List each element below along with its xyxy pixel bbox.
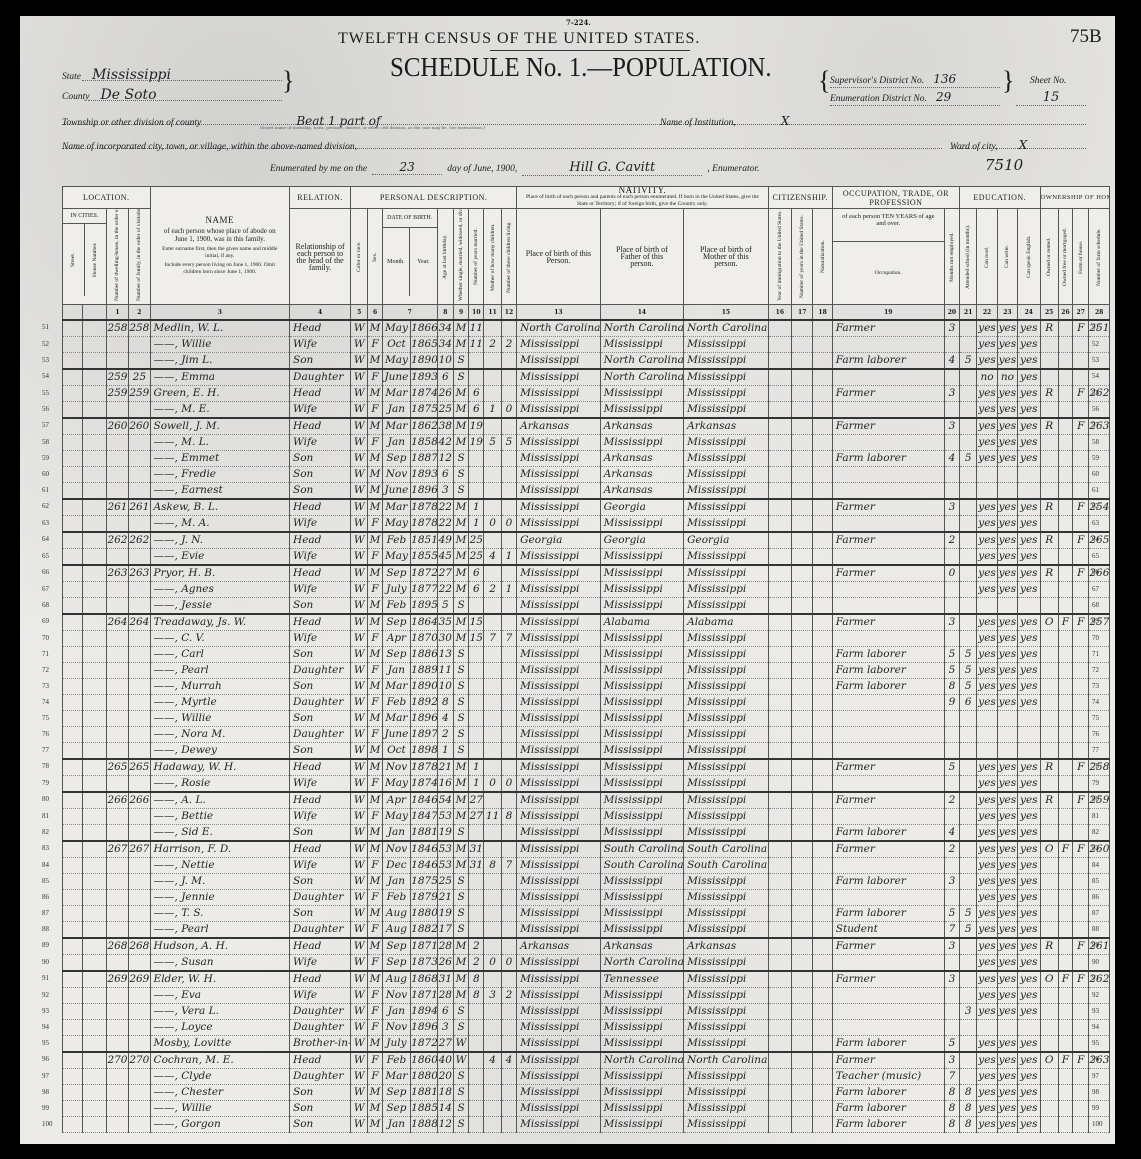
dwelling-number xyxy=(106,1004,128,1020)
immigration-year xyxy=(768,320,791,337)
months-unemployed: 2 xyxy=(944,841,959,858)
can-read: yes xyxy=(977,549,997,566)
section-nativity: NATIVITY. Place of birth of each person … xyxy=(517,187,769,209)
age: 34 xyxy=(437,337,453,353)
dwelling-number xyxy=(106,467,128,483)
birthplace-father: Mississippi xyxy=(600,988,683,1004)
months-unemployed: 5 xyxy=(944,647,959,663)
occupation: Farmer xyxy=(832,971,944,988)
person-name: ——, Bettie xyxy=(150,809,290,825)
occupation xyxy=(832,598,944,615)
street-cell xyxy=(63,1069,83,1085)
immigration-year xyxy=(768,353,791,370)
house-number-cell xyxy=(83,695,106,711)
table-row: ——, SusanWifeWFSep187326M200MississippiN… xyxy=(63,955,1110,972)
enumeration-district-value: 29 xyxy=(932,90,951,104)
person-name: Harrison, F. D. xyxy=(150,841,290,858)
months-unemployed xyxy=(944,711,959,727)
birthplace-mother: Mississippi xyxy=(684,353,769,370)
birthplace-mother: Mississippi xyxy=(684,1036,769,1053)
farm-house-col: Farm or house. xyxy=(1073,209,1089,305)
table-row: ——, RosieWifeWFMay187416M100MississippiM… xyxy=(63,776,1110,793)
line-number: 66 xyxy=(42,568,49,576)
owned-or-rented: R xyxy=(1040,565,1058,582)
house-number-cell xyxy=(83,988,106,1004)
dwelling-number: 261 xyxy=(106,499,128,516)
immigration-year xyxy=(768,711,791,727)
speaks-english: yes xyxy=(1018,499,1040,516)
school-months xyxy=(960,386,977,402)
free-or-mortgaged xyxy=(1058,988,1072,1004)
can-read: yes xyxy=(977,386,997,402)
farm-or-house xyxy=(1073,369,1089,386)
dwelling-number xyxy=(106,1101,128,1117)
mother-of-children: 0 xyxy=(484,516,501,533)
birth-month: Jan xyxy=(382,402,411,419)
birthplace-mother: Mississippi xyxy=(684,549,769,566)
person-name: ——, Willie xyxy=(150,1101,290,1117)
dwelling-number xyxy=(106,402,128,419)
dwelling-number xyxy=(106,549,128,566)
speaks-english: yes xyxy=(1018,922,1040,939)
occupation: Student xyxy=(832,922,944,939)
color-race: W xyxy=(351,1101,368,1117)
dwelling-number xyxy=(106,1020,128,1036)
relation: Wife xyxy=(290,582,351,598)
free-or-mortgaged xyxy=(1058,483,1072,500)
occupation xyxy=(832,809,944,825)
birth-month: Apr xyxy=(382,792,411,809)
birthplace-person: Mississippi xyxy=(517,467,600,483)
relation: Son xyxy=(290,467,351,483)
table-row: ——, GorgonSonWMJan188812SMississippiMiss… xyxy=(63,1117,1110,1133)
color-race: W xyxy=(351,792,368,809)
column-number: 19 xyxy=(832,305,944,321)
occupation: Farm laborer xyxy=(832,1101,944,1117)
occupation: Farm laborer xyxy=(832,1036,944,1053)
family-number xyxy=(129,1004,150,1020)
person-name: ——, Jennie xyxy=(150,890,290,906)
street-cell xyxy=(63,809,83,825)
section-name: NAME of each person whose place of abode… xyxy=(150,187,290,305)
line-number: 81 xyxy=(42,812,49,820)
can-read: yes xyxy=(977,809,997,825)
marital-header: Whether single, married, widowed, or div… xyxy=(458,213,464,301)
owned-or-rented xyxy=(1040,776,1058,793)
occupation: Farm laborer xyxy=(832,1117,944,1133)
county-line xyxy=(88,100,282,101)
speaks-english xyxy=(1018,711,1040,727)
person-name: ——, Dewey xyxy=(150,743,290,760)
can-write: yes xyxy=(997,679,1017,695)
birth-month: Jan xyxy=(382,1004,411,1020)
person-name: Hadaway, W. H. xyxy=(150,759,290,776)
house-number-cell xyxy=(83,631,106,647)
years-married xyxy=(469,1069,484,1085)
speaks-english: yes xyxy=(1018,809,1040,825)
years-married-header: Number of years married. xyxy=(473,213,479,301)
dwelling-number xyxy=(106,435,128,451)
supervisor-label: Supervisor's District No. xyxy=(830,76,924,86)
house-number-cell xyxy=(83,1004,106,1020)
birthplace-father: Arkansas xyxy=(600,483,683,500)
farm-or-house xyxy=(1073,809,1089,825)
mother-of-children xyxy=(484,614,501,631)
sex: M xyxy=(368,418,382,435)
owned-or-rented xyxy=(1040,988,1058,1004)
mother-of-children xyxy=(484,1036,501,1053)
sex: M xyxy=(368,1101,382,1117)
marital-status: W xyxy=(453,1052,468,1069)
years-in-us xyxy=(792,418,813,435)
owned-or-rented xyxy=(1040,825,1058,842)
street-cell xyxy=(63,938,83,955)
farm-or-house xyxy=(1073,631,1089,647)
person-name: ——, Pearl xyxy=(150,663,290,679)
birth-year: 1886 xyxy=(411,647,437,663)
years-married: 1 xyxy=(469,499,484,516)
color-col: Color or race. xyxy=(351,209,368,305)
table-row: 269269Elder, W. H.HeadWMAug186831M8Missi… xyxy=(63,971,1110,988)
marital-status: M xyxy=(453,337,468,353)
line-number: 54 xyxy=(1092,372,1099,380)
owned-or-rented xyxy=(1040,631,1058,647)
free-or-mortgaged xyxy=(1058,1085,1072,1101)
years-in-us xyxy=(792,1117,813,1133)
can-read: yes xyxy=(977,1052,997,1069)
can-read: yes xyxy=(977,1004,997,1020)
color-race: W xyxy=(351,549,368,566)
color-race: W xyxy=(351,743,368,760)
birth-month: June xyxy=(382,483,411,500)
can-write: yes xyxy=(997,614,1017,631)
can-write: yes xyxy=(997,549,1017,566)
section-personal-description: PERSONAL DESCRIPTION. xyxy=(351,187,517,209)
naturalization xyxy=(813,1052,832,1069)
farm-or-house xyxy=(1073,906,1089,922)
farm-or-house xyxy=(1073,467,1089,483)
school-months: 8 xyxy=(960,1117,977,1133)
color-race: W xyxy=(351,467,368,483)
column-number: 27 xyxy=(1073,305,1089,321)
age: 42 xyxy=(437,435,453,451)
color-race: W xyxy=(351,337,368,353)
years-in-us xyxy=(792,647,813,663)
brace: } xyxy=(282,68,294,94)
months-unemployed: 3 xyxy=(944,320,959,337)
birthplace-mother: Mississippi xyxy=(684,809,769,825)
line-number: 60 xyxy=(42,470,49,478)
months-unemployed xyxy=(944,402,959,419)
farm-or-house: F xyxy=(1073,1052,1089,1069)
birthplace-father: Mississippi xyxy=(600,337,683,353)
free-or-mortgaged xyxy=(1058,743,1072,760)
naturalization xyxy=(813,614,832,631)
farm-or-house: F xyxy=(1073,386,1089,402)
farm-or-house xyxy=(1073,955,1089,972)
occupation xyxy=(832,890,944,906)
speaks-english: yes xyxy=(1018,402,1040,419)
can-write: yes xyxy=(997,337,1017,353)
color-race: W xyxy=(351,711,368,727)
color-race: W xyxy=(351,938,368,955)
column-number: 3 xyxy=(150,305,290,321)
line-number: 80 xyxy=(1092,795,1099,803)
family-number xyxy=(129,582,150,598)
dwelling-number xyxy=(106,809,128,825)
birth-year: 1851 xyxy=(411,532,437,549)
mother-of-children xyxy=(484,841,501,858)
family-number: 258 xyxy=(129,320,150,337)
immigration-year xyxy=(768,532,791,549)
free-or-mortgaged xyxy=(1058,1069,1072,1085)
color-race: W xyxy=(351,890,368,906)
months-unemployed: 3 xyxy=(944,938,959,955)
birthplace-person: Mississippi xyxy=(517,1085,600,1101)
sex: F xyxy=(368,516,382,533)
street-cell xyxy=(63,402,83,419)
free-or-mortgaged xyxy=(1058,516,1072,533)
line-number: 86 xyxy=(1092,893,1099,901)
enumerated-suffix: day of June, 1900, xyxy=(447,164,517,174)
table-row: ——, ClydeDaughterWFMar188020SMississippi… xyxy=(63,1069,1110,1085)
marital-status: S xyxy=(453,353,468,370)
years-in-us xyxy=(792,792,813,809)
naturalization-col: Naturalization. xyxy=(813,209,832,305)
farm-or-house xyxy=(1073,776,1089,793)
house-number-cell xyxy=(83,337,106,353)
dwelling-number xyxy=(106,598,128,615)
years-married xyxy=(469,1085,484,1101)
school-months xyxy=(960,890,977,906)
age: 28 xyxy=(437,938,453,955)
marital-status: S xyxy=(453,647,468,663)
birth-year: 1890 xyxy=(411,679,437,695)
school-months xyxy=(960,1036,977,1053)
can-write: yes xyxy=(997,582,1017,598)
age: 8 xyxy=(437,695,453,711)
birthplace-mother: Mississippi xyxy=(684,499,769,516)
birth-month: Mar xyxy=(382,418,411,435)
birthplace-mother: Mississippi xyxy=(684,727,769,743)
speaks-english: yes xyxy=(1018,353,1040,370)
birth-month: July xyxy=(382,1036,411,1053)
sex: M xyxy=(368,565,382,582)
farm-or-house xyxy=(1073,988,1089,1004)
person-name: Green, E. H. xyxy=(150,386,290,402)
birth-year: 1865 xyxy=(411,337,437,353)
street-cell xyxy=(63,435,83,451)
birthplace-person: Mississippi xyxy=(517,743,600,760)
line-number: 64 xyxy=(42,535,49,543)
occupation-description: of each person TEN YEARS of age and over… xyxy=(833,209,944,242)
sex: F xyxy=(368,858,382,874)
age: 20 xyxy=(437,1069,453,1085)
census-rows: 1234567891011121314151617181920212223242… xyxy=(63,305,1110,1133)
age: 6 xyxy=(437,1004,453,1020)
birthplace-person: Mississippi xyxy=(517,499,600,516)
farm-or-house xyxy=(1073,695,1089,711)
family-number xyxy=(129,516,150,533)
occupation xyxy=(832,988,944,1004)
speaks-english: yes xyxy=(1018,582,1040,598)
line-number: 79 xyxy=(42,779,49,787)
township-note: [Insert name of township, town, precinct… xyxy=(260,125,485,130)
family-number xyxy=(129,858,150,874)
sex: M xyxy=(368,679,382,695)
birthplace-person: Mississippi xyxy=(517,565,600,582)
marital-status: M xyxy=(453,614,468,631)
children-living: 7 xyxy=(501,631,516,647)
relation: Head xyxy=(290,532,351,549)
birth-month: May xyxy=(382,549,411,566)
sex: F xyxy=(368,663,382,679)
can-write xyxy=(997,711,1017,727)
house-number-cell xyxy=(83,841,106,858)
column-number: 9 xyxy=(453,305,468,321)
marital-status: S xyxy=(453,727,468,743)
immigration-year xyxy=(768,402,791,419)
birth-month: May xyxy=(382,516,411,533)
mother-of-children xyxy=(484,532,501,549)
months-unemployed: 4 xyxy=(944,353,959,370)
speaks-english: yes xyxy=(1018,792,1040,809)
months-unemployed: 8 xyxy=(944,1117,959,1133)
line-number: 69 xyxy=(42,617,49,625)
age: 3 xyxy=(437,1020,453,1036)
occupation: Farm laborer xyxy=(832,825,944,842)
column-number: 20 xyxy=(944,305,959,321)
can-read: yes xyxy=(977,320,997,337)
occupation: Farmer xyxy=(832,841,944,858)
sheet-number: 15 xyxy=(1043,90,1060,105)
column-number: 2 xyxy=(129,305,150,321)
marital-status: S xyxy=(453,825,468,842)
family-number xyxy=(129,451,150,467)
immigration-year xyxy=(768,809,791,825)
birthplace-father: Mississippi xyxy=(600,809,683,825)
naturalization xyxy=(813,841,832,858)
age: 11 xyxy=(437,663,453,679)
school-months xyxy=(960,582,977,598)
school-months xyxy=(960,549,977,566)
years-in-us xyxy=(792,858,813,874)
school-months xyxy=(960,874,977,890)
mother-of-children xyxy=(484,386,501,402)
children-living xyxy=(501,1069,516,1085)
free-or-mortgaged xyxy=(1058,582,1072,598)
column-number: 5 xyxy=(351,305,368,321)
mother-of-children xyxy=(484,711,501,727)
color-race: W xyxy=(351,971,368,988)
school-months xyxy=(960,759,977,776)
owned-rented-col: Owned or rented. xyxy=(1040,209,1058,305)
column-number: 13 xyxy=(517,305,600,321)
naturalization xyxy=(813,1117,832,1133)
owned-or-rented xyxy=(1040,727,1058,743)
age: 22 xyxy=(437,582,453,598)
table-row: ——, PearlDaughterWFJan188911SMississippi… xyxy=(63,663,1110,679)
birth-year: 1874 xyxy=(411,386,437,402)
line-number: 57 xyxy=(42,421,49,429)
months-unemployed: 0 xyxy=(944,565,959,582)
months-unemployed: 4 xyxy=(944,825,959,842)
can-read: yes xyxy=(977,663,997,679)
column-number: 18 xyxy=(813,305,832,321)
house-number-cell xyxy=(83,402,106,419)
immigration-year xyxy=(768,614,791,631)
line-number: 89 xyxy=(42,941,49,949)
years-married xyxy=(469,1101,484,1117)
birth-month: Sep xyxy=(382,955,411,972)
line-number: 68 xyxy=(42,601,49,609)
school-months xyxy=(960,483,977,500)
years-married: 19 xyxy=(469,418,484,435)
birthplace-person: Mississippi xyxy=(517,922,600,939)
owned-or-rented xyxy=(1040,1069,1058,1085)
mother-of-children xyxy=(484,792,501,809)
birthplace-person: Mississippi xyxy=(517,402,600,419)
free-or-mortgaged xyxy=(1058,1004,1072,1020)
birth-year: 1897 xyxy=(411,727,437,743)
owned-or-rented xyxy=(1040,435,1058,451)
line-number: 87 xyxy=(42,909,49,917)
census-sheet: 7-224. TWELFTH CENSUS OF THE UNITED STAT… xyxy=(20,16,1115,1144)
street-cell xyxy=(63,874,83,890)
birth-month: Sep xyxy=(382,938,411,955)
free-or-mortgaged xyxy=(1058,532,1072,549)
family-number: 270 xyxy=(129,1052,150,1069)
years-in-us xyxy=(792,532,813,549)
dwelling-number: 259 xyxy=(106,386,128,402)
can-read: yes xyxy=(977,1117,997,1133)
street-cell xyxy=(63,483,83,500)
person-name: Cochran, M. E. xyxy=(150,1052,290,1069)
birth-month: Oct xyxy=(382,743,411,760)
color-race: W xyxy=(351,695,368,711)
family-number: 267 xyxy=(129,841,150,858)
family-number: 261 xyxy=(129,499,150,516)
street-cell xyxy=(63,1117,83,1133)
can-write: yes xyxy=(997,647,1017,663)
street-cell xyxy=(63,516,83,533)
speaks-english: yes xyxy=(1018,841,1040,858)
dwelling-number xyxy=(106,776,128,793)
years-married xyxy=(469,890,484,906)
street-cell xyxy=(63,1020,83,1036)
state-line xyxy=(82,80,282,81)
immigration-year xyxy=(768,369,791,386)
marital-status: M xyxy=(453,759,468,776)
street-cell xyxy=(63,727,83,743)
mother-of-children xyxy=(484,922,501,939)
years-in-us xyxy=(792,483,813,500)
birth-month: Feb xyxy=(382,1052,411,1069)
can-write: yes xyxy=(997,386,1017,402)
years-in-us xyxy=(792,890,813,906)
birthplace-person: Mississippi xyxy=(517,582,600,598)
house-number-cell xyxy=(83,679,106,695)
table-row: ——, Vera L.DaughterWFJan18946SMississipp… xyxy=(63,1004,1110,1020)
months-unemployed: 7 xyxy=(944,922,959,939)
family-number xyxy=(129,402,150,419)
dwelling-number: 264 xyxy=(106,614,128,631)
house-number-cell xyxy=(83,451,106,467)
line-number: 61 xyxy=(1092,486,1099,494)
supervisor-value: 136 xyxy=(929,72,956,86)
years-married: 15 xyxy=(469,614,484,631)
mother-of-children: 0 xyxy=(484,776,501,793)
